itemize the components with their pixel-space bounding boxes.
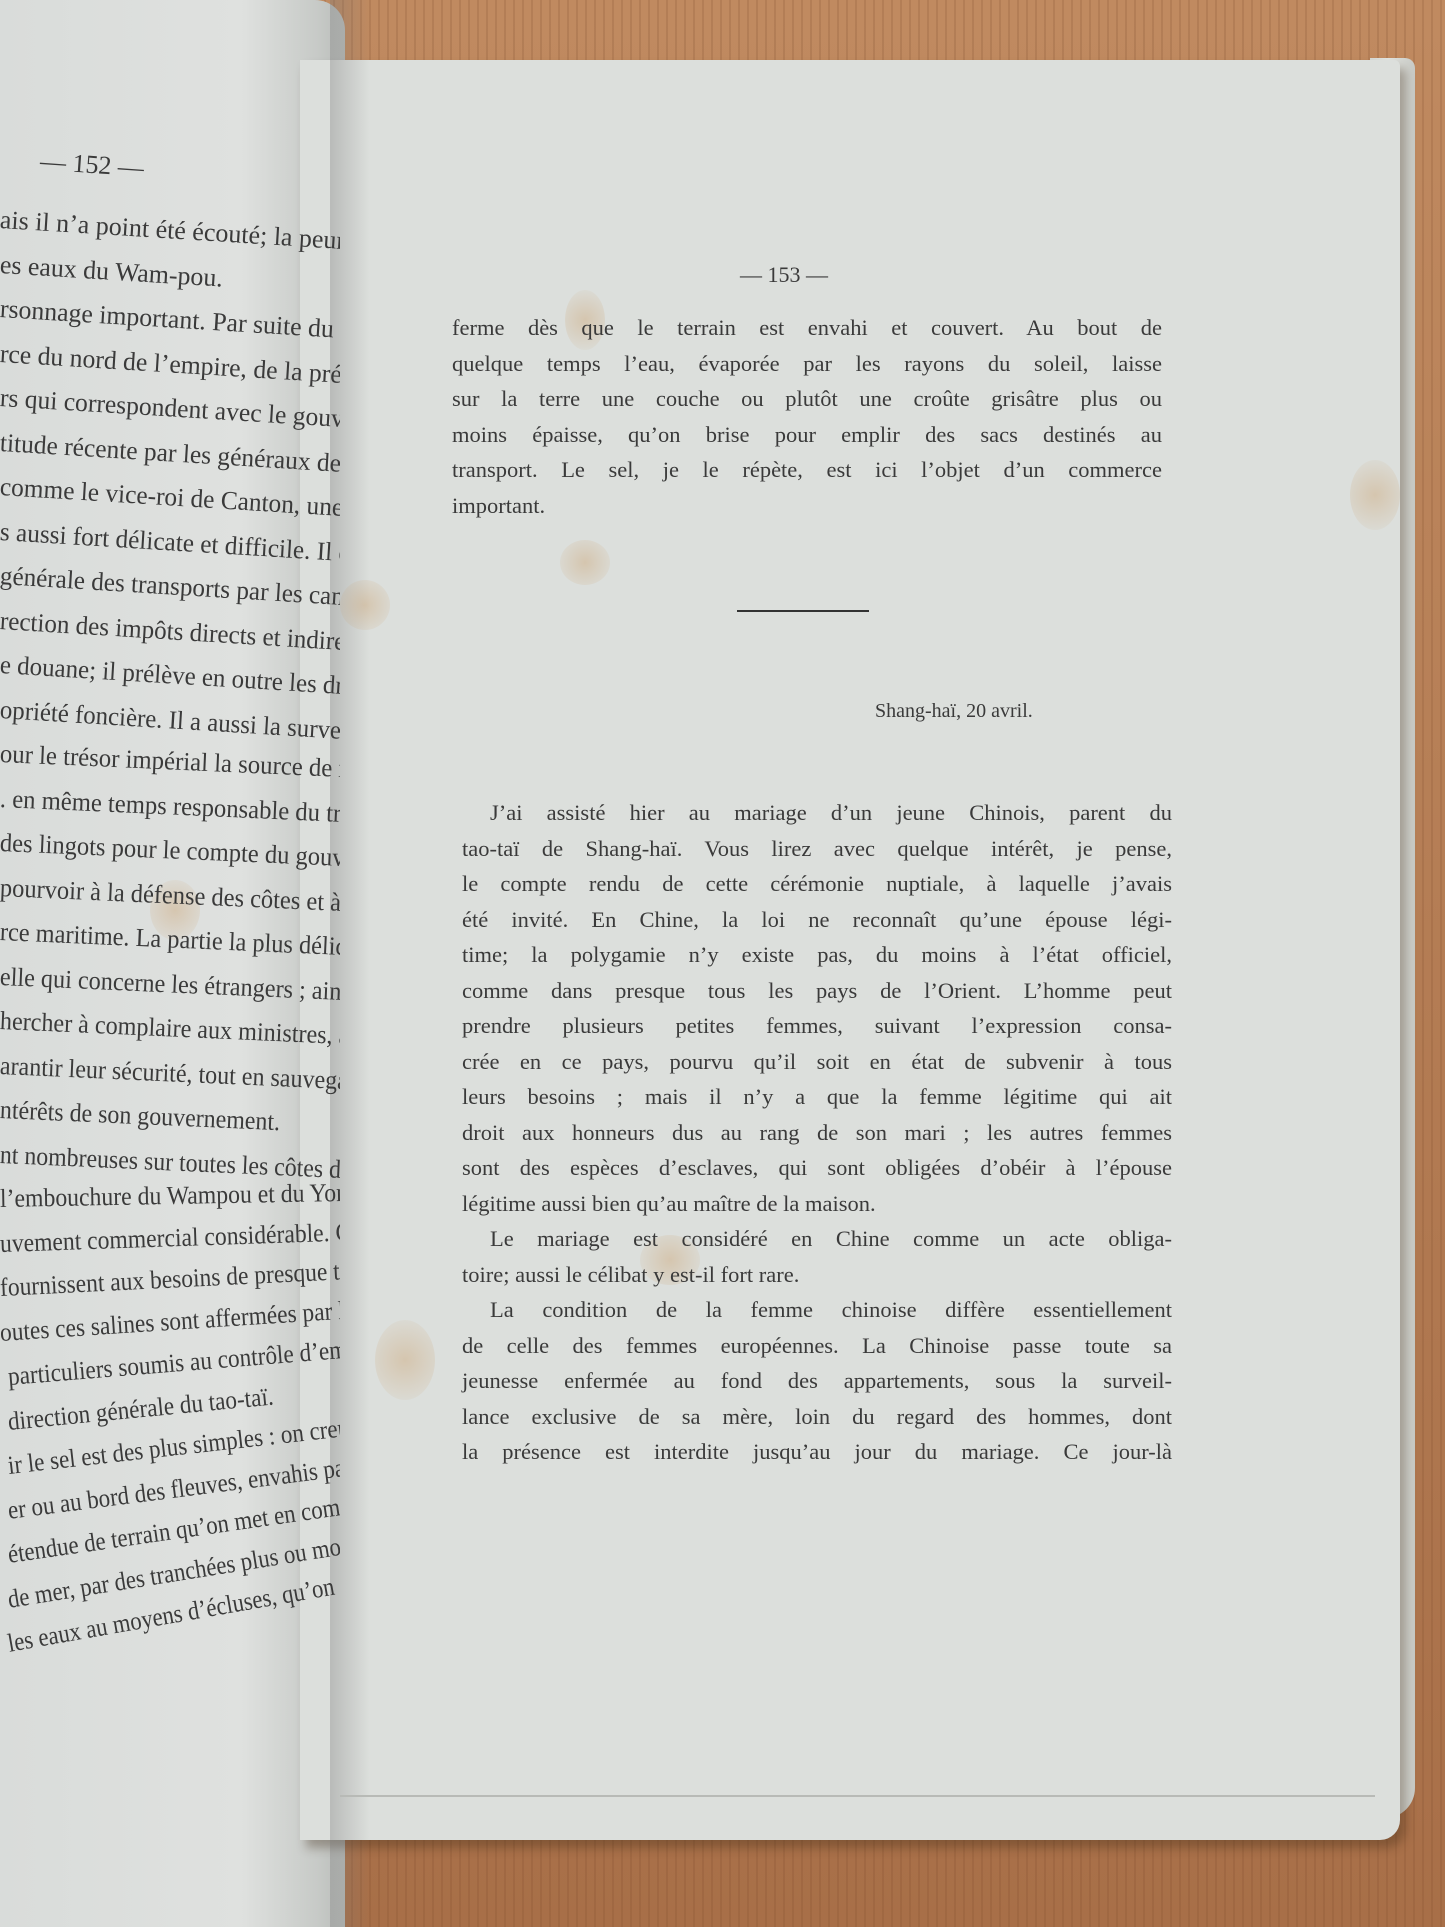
paragraph-salt: ferme dès que le terrain est envahi et c… [452,310,1162,523]
text-line: comme dans presque tous les pays de l’Or… [462,973,1172,1009]
text-line: rection des impôts directs et indirects, [0,606,340,659]
text-line: toire; aussi le célibat y est-il fort ra… [462,1257,1172,1293]
text-line: pourvoir à la défense des côtes et à la [0,873,340,919]
text-line: transport. Le sel, je le répète, est ici… [452,452,1162,488]
text-line: moins épaisse, qu’on brise pour emplir d… [452,417,1162,453]
text-line: tao-taï de Shang-haï. Vous lirez avec qu… [462,831,1172,867]
paper-stain [560,540,610,585]
text-line: ferme dès que le terrain est envahi et c… [452,310,1162,346]
text-line: droit aux honneurs dus au rang de son ma… [462,1115,1172,1151]
text-line: hercher à complaire aux ministres, aux [0,1006,340,1052]
text-line: générale des transports par les canaux [0,561,340,614]
text-line: rce du nord de l’empire, de la présen- [0,339,340,392]
text-line: rsonnage important. Par suite du dév- [0,294,340,348]
text-line: prendre plusieurs petites femmes, suivan… [462,1008,1172,1044]
text-line: titude récente par les généraux de l’a- [0,428,340,481]
text-line: jeunesse enfermée au fond des appartemen… [462,1363,1172,1399]
page-edge-line [340,1795,1375,1797]
text-line: elle qui concerne les étrangers ; ainsi, [0,962,340,1008]
text-line: Le mariage est considéré en Chine comme … [462,1221,1172,1257]
text-line: important. [452,488,1162,524]
text-line: uvement commercial considérable. Ce [0,1217,340,1259]
page-number-left: — 152 — [39,146,145,183]
text-line: la présence est interdite jusqu’au jour … [462,1434,1172,1470]
text-line: . en même temps responsable du trans- [0,784,340,831]
text-line: ntérêts de son gouvernement. [0,1095,281,1137]
text-line: time; la polygamie n’y existe pas, du mo… [462,937,1172,973]
text-line: arantir leur sécurité, tout en sauvegar- [0,1051,340,1097]
text-line: sont des espèces d’esclaves, qui sont ob… [462,1150,1172,1186]
text-line: crée en ce pays, pourvu qu’il soit en ét… [462,1044,1172,1080]
text-line: quelque temps l’eau, évaporée par les ra… [452,346,1162,382]
text-line: été invité. En Chine, la loi ne reconnaî… [462,902,1172,938]
text-line: s aussi fort délicate et difficile. Il e… [0,517,340,569]
text-line: sur la terre une couche ou plutôt une cr… [452,381,1162,417]
text-line: le compte rendu de cette cérémonie nupti… [462,866,1172,902]
text-line: La condition de la femme chinoise diffèr… [462,1292,1172,1328]
text-line: comme le vice-roi de Canton, une po- [0,472,340,525]
paper-stain [375,1320,435,1400]
text-line: ais il n’a point été écouté; la peur les [0,205,340,258]
left-page-text: — 152 — ais il n’a point été écouté; la … [0,0,340,1927]
text-line: es eaux du Wam-pou. [0,250,224,294]
text-line: rce maritime. La partie la plus délicate [0,917,340,963]
text-line: our le trésor impérial la source de reve… [0,739,340,786]
text-line: l’embouchure du Wampou et du Yong- [0,1178,340,1214]
page-number-right: — 153 — [740,262,828,288]
paper-stain [340,580,390,630]
paper-stain [1350,460,1400,530]
text-line: J’ai assisté hier au mariage d’un jeune … [462,795,1172,831]
text-line: de celle des femmes européennes. La Chin… [462,1328,1172,1364]
text-line: légitime aussi bien qu’au maître de la m… [462,1186,1172,1222]
section-separator-rule [737,610,869,612]
paragraph-wedding: J’ai assisté hier au mariage d’un jeune … [462,795,1172,1470]
text-line: lance exclusive de sa mère, loin du rega… [462,1399,1172,1435]
text-line: e douane; il prélève en outre les droits [0,650,340,703]
text-line: rs qui correspondent avec le gouver- [0,383,340,436]
text-line: des lingots pour le compte du gouver- [0,828,340,874]
text-line: fournissent aux besoins de presque tout [0,1255,340,1303]
text-line: leurs besoins ; mais il n’y a que la fem… [462,1079,1172,1115]
dateline: Shang-haï, 20 avril. [875,700,1033,723]
